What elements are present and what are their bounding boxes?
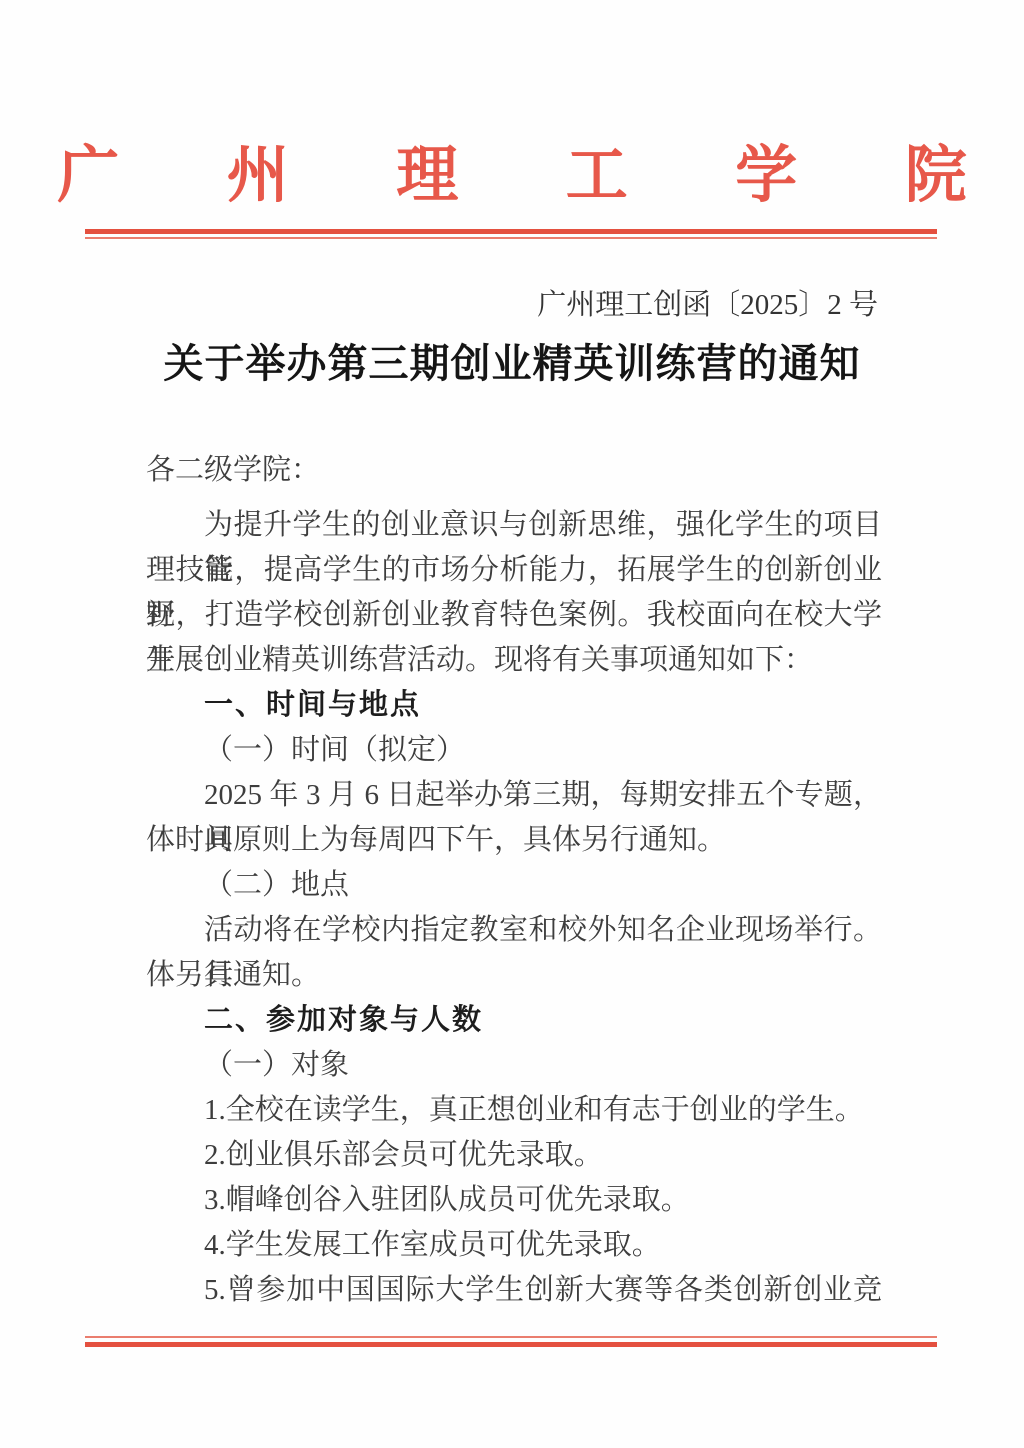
target-list-item-5: 5.曾参加中国国际大学生创新大赛等各类创新创业竞: [146, 1268, 882, 1313]
section-heading-participants: 二、参加对象与人数: [146, 998, 882, 1043]
subsection-target-heading: （一）对象: [146, 1043, 882, 1088]
time-paragraph-line-1: 2025 年 3 月 6 日起举办第三期，每期安排五个专题，具: [146, 773, 882, 818]
intro-paragraph-line-3: 野，打造学校创新创业教育特色案例。我校面向在校大学生: [146, 593, 882, 638]
header-rule-thin: [85, 237, 937, 239]
section-heading-time-location: 一、时间与地点: [146, 683, 882, 728]
time-paragraph-line-2: 体时间原则上为每周四下午，具体另行通知。: [146, 818, 882, 863]
document-page: 广 州 理 工 学 院 广州理工创函〔2025〕2 号 关于举办第三期创业精英训…: [0, 0, 1024, 1448]
target-list-item-2: 2.创业俱乐部会员可优先录取。: [146, 1133, 882, 1178]
document-number: 广州理工创函〔2025〕2 号: [537, 288, 878, 322]
header-double-rule: [85, 229, 937, 239]
target-list-item-1: 1.全校在读学生，真正想创业和有志于创业的学生。: [146, 1088, 882, 1133]
target-list-item-3: 3.帽峰创谷入驻团队成员可优先录取。: [146, 1178, 882, 1223]
intro-paragraph-line-2: 理技能，提高学生的市场分析能力，拓展学生的创新创业视: [146, 548, 882, 593]
intro-paragraph-line-4: 开展创业精英训练营活动。现将有关事项通知如下：: [146, 638, 882, 683]
location-paragraph-line-2: 体另行通知。: [146, 953, 882, 998]
document-title: 关于举办第三期创业精英训练营的通知: [0, 338, 1024, 390]
letterhead-org-name: 广 州 理 工 学 院: [0, 140, 1024, 212]
intro-paragraph-line-1: 为提升学生的创业意识与创新思维，强化学生的项目管: [146, 503, 882, 548]
document-body: 各二级学院： 为提升学生的创业意识与创新思维，强化学生的项目管 理技能，提高学生…: [146, 448, 882, 1313]
target-list-item-4: 4.学生发展工作室成员可优先录取。: [146, 1223, 882, 1268]
salutation: 各二级学院：: [146, 448, 882, 493]
location-paragraph-line-1: 活动将在学校内指定教室和校外知名企业现场举行。具: [146, 908, 882, 953]
footer-double-rule: [85, 1336, 937, 1347]
footer-rule-thick: [85, 1342, 937, 1347]
subsection-time-heading: （一）时间（拟定）: [146, 728, 882, 773]
subsection-location-heading: （二）地点: [146, 863, 882, 908]
